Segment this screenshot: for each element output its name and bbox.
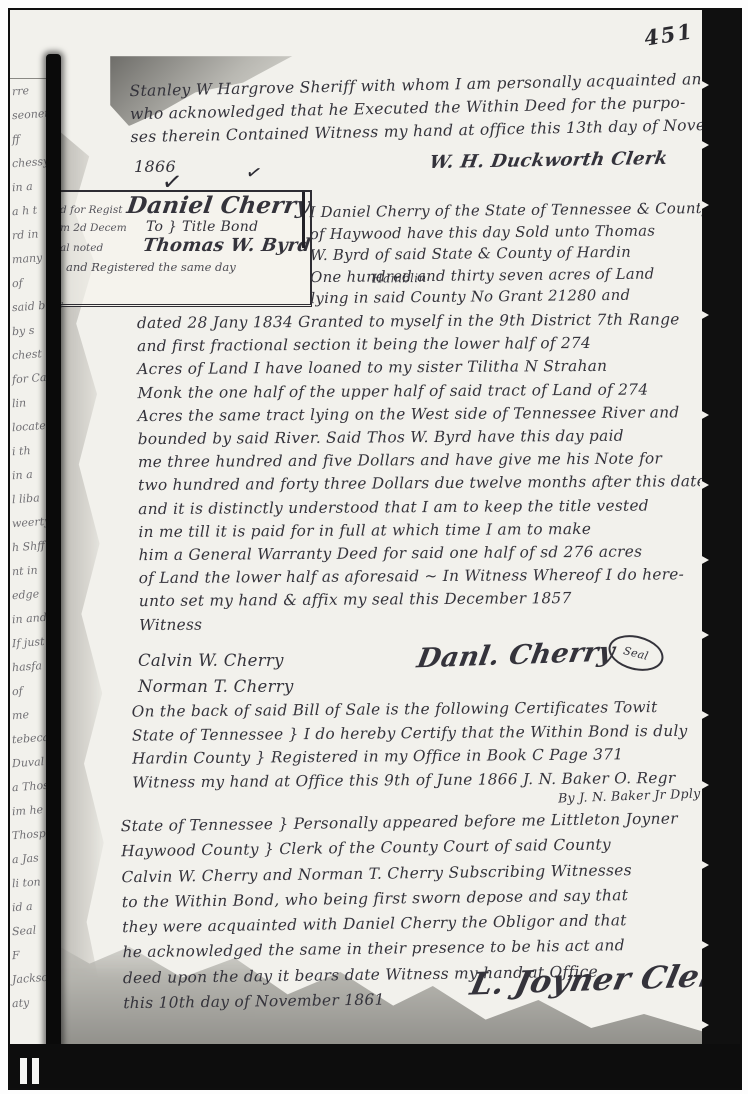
margin-fragment-text: me bbox=[12, 707, 49, 722]
torn-edge-mark bbox=[700, 630, 709, 640]
margin-fragment-text: a h t bbox=[12, 203, 49, 218]
film-edge-bottom bbox=[10, 1044, 740, 1088]
binding-bar bbox=[46, 54, 61, 1054]
margin-fragment-text: of bbox=[12, 683, 49, 698]
margin-fragment-text: nt in bbox=[12, 563, 49, 578]
margin-fragment-text: rre bbox=[12, 83, 49, 98]
margin-fragment-text: chessy bbox=[12, 155, 49, 170]
film-edge-right bbox=[702, 10, 740, 1088]
margin-fragment-text: in and bbox=[12, 611, 49, 626]
margin-fragment-text: i th bbox=[12, 443, 49, 458]
margin-fragment-text: seonet bbox=[12, 107, 49, 122]
margin-fragment-text: Thosp bbox=[12, 827, 49, 842]
index-box-footer-note: and Registered the same day bbox=[52, 256, 310, 274]
clerk-duckworth-signature: W. H. Duckworth Clerk bbox=[428, 148, 669, 173]
prev-page-margin-fragments: rreseonetffchessyin aa h trd inmanyofsai… bbox=[12, 84, 48, 1009]
margin-fragment-text: h Shff bbox=[12, 539, 49, 554]
margin-fragment-text: Seal bbox=[12, 923, 49, 938]
index-box-fragment: m 2d Decem bbox=[52, 222, 146, 234]
margin-fragment-text: tebeca bbox=[12, 731, 49, 746]
margin-fragment-text: l liba bbox=[12, 491, 49, 506]
binding-notch bbox=[20, 1058, 27, 1084]
handwritten-line: Acres the same tract lying on the West s… bbox=[138, 401, 734, 428]
torn-edge-mark bbox=[700, 555, 709, 565]
registration-index-box: d for Regist Daniel Cherry m 2d Decem To… bbox=[50, 190, 312, 307]
daniel-cherry-signature: Danl. Cherry bbox=[415, 637, 617, 675]
page-number: 451 bbox=[643, 18, 696, 50]
torn-edge-mark bbox=[700, 410, 709, 420]
scan-frame: rreseonetffchessyin aa h trd inmanyofsai… bbox=[8, 8, 742, 1090]
margin-fragment-text: a Jas bbox=[12, 851, 49, 866]
margin-fragment-text: ff bbox=[12, 131, 49, 146]
sheriff-acknowledgment-paragraph: Stanley W Hargrove Sheriff with whom I a… bbox=[129, 68, 716, 149]
margin-fragment-text: rd in bbox=[12, 227, 49, 242]
torn-edge-mark bbox=[700, 140, 709, 150]
checkmark-icon: ✓ bbox=[244, 160, 265, 185]
deed-opening-paragraph: I Daniel Cherry of the State of Tennesse… bbox=[309, 198, 724, 310]
margin-fragment-text: a Thos bbox=[12, 779, 49, 794]
index-box-fragment: al noted bbox=[52, 242, 143, 254]
instrument-type: To } Title Bond bbox=[146, 219, 258, 235]
pen-stroke-mark bbox=[302, 192, 305, 248]
handwritten-line: and it is distinctly understood that I a… bbox=[138, 494, 734, 521]
torn-edge-mark bbox=[700, 1020, 709, 1030]
margin-fragment-text: by s bbox=[12, 323, 49, 338]
witness-name: Norman T. Cherry bbox=[138, 674, 388, 700]
index-box-row: m 2d Decem To } Title Bond bbox=[52, 219, 310, 235]
handwritten-line: I Daniel Cherry of the State of Tennesse… bbox=[309, 198, 723, 224]
index-box-fragment: d for Regist bbox=[52, 204, 127, 216]
margin-fragment-text: li ton bbox=[12, 875, 49, 890]
torn-edge-mark bbox=[700, 860, 709, 870]
margin-fragment-text: in a bbox=[12, 179, 49, 194]
registration-certificate-paragraph: On the back of said Bill of Sale is the … bbox=[132, 695, 733, 795]
index-box-row: d for Regist Daniel Cherry bbox=[52, 192, 310, 219]
margin-fragment-text: many bbox=[12, 251, 49, 266]
scanned-record-image: rreseonetffchessyin aa h trd inmanyofsai… bbox=[0, 0, 748, 1094]
margin-fragment-text: aty bbox=[12, 995, 49, 1010]
torn-edge-mark bbox=[700, 200, 709, 210]
margin-fragment-text: weerty bbox=[12, 515, 49, 530]
margin-fragment-text: chest bbox=[12, 347, 49, 362]
margin-fragment-text: Jackson bbox=[12, 971, 49, 986]
witness-signatures: Calvin W. CherryNorman T. Cherry bbox=[138, 648, 388, 700]
handwritten-line: dated 28 Jany 1834 Granted to myself in … bbox=[137, 308, 733, 335]
torn-edge-mark bbox=[700, 780, 709, 790]
margin-fragment-text: said buty bbox=[12, 299, 49, 314]
torn-edge-mark bbox=[700, 940, 709, 950]
witness-name: Calvin W. Cherry bbox=[138, 648, 388, 674]
binding-notch bbox=[32, 1058, 39, 1084]
margin-fragment-text: id a bbox=[12, 899, 49, 914]
margin-fragment-text: lin bbox=[12, 395, 49, 410]
torn-edge-mark bbox=[700, 480, 709, 490]
grantee-name: Thomas W. Byrd bbox=[141, 235, 311, 256]
margin-fragment-text: for Ca bbox=[12, 371, 49, 386]
deed-body-paragraph: dated 28 Jany 1834 Granted to myself in … bbox=[137, 308, 735, 637]
margin-fragment-text: Duval bbox=[12, 755, 49, 770]
margin-fragment-text: locates bbox=[12, 419, 49, 434]
grantor-name: Daniel Cherry bbox=[125, 192, 312, 219]
margin-fragment-text: F bbox=[12, 947, 49, 962]
torn-edge-mark bbox=[700, 80, 709, 90]
margin-fragment-text: in a bbox=[12, 467, 49, 482]
margin-fragment-text: of bbox=[12, 275, 49, 290]
margin-fragment-text: If just bbox=[12, 635, 49, 650]
torn-edge-mark bbox=[700, 310, 709, 320]
handwritten-line: Witness bbox=[139, 610, 735, 637]
interlined-correction-word: Hamblin bbox=[372, 268, 426, 290]
index-box-row: al noted Thomas W. Byrd bbox=[52, 235, 310, 256]
margin-fragment-text: edge bbox=[12, 587, 49, 602]
margin-fragment-text: im he bbox=[12, 803, 49, 818]
torn-edge-mark bbox=[700, 710, 709, 720]
handwritten-line: of Land the lower half as aforesaid ~ In… bbox=[139, 563, 735, 590]
margin-fragment-text: hasfa bbox=[12, 659, 49, 674]
